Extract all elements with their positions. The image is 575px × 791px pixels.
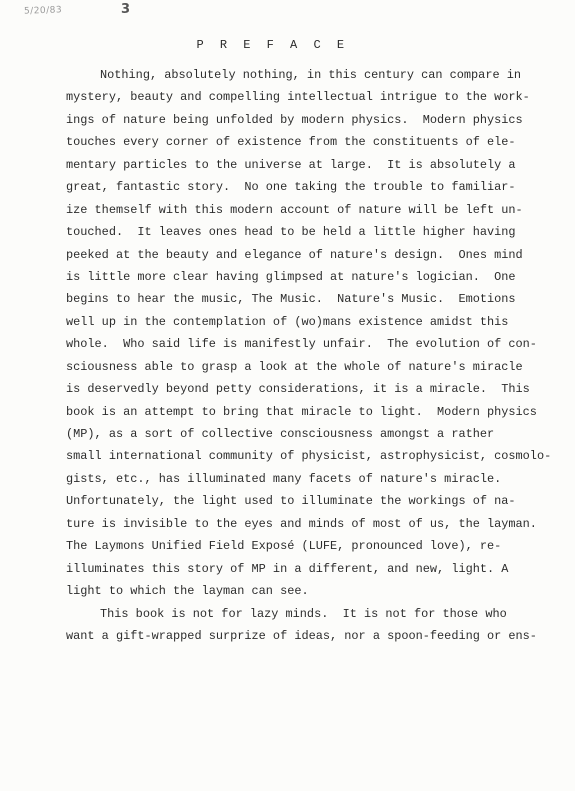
text-line: touched. It leaves ones head to be held … (66, 221, 566, 243)
text-line: Nothing, absolutely nothing, in this cen… (66, 64, 566, 86)
document-page: 5/20/83 3 P R E F A C E Nothing, absolut… (0, 0, 575, 791)
text-line: whole. Who said life is manifestly unfai… (66, 333, 566, 355)
page-number: 3 (121, 2, 130, 17)
text-line: great, fantastic story. No one taking th… (66, 176, 566, 198)
text-line: small international community of physici… (66, 445, 566, 467)
text-line: mentary particles to the universe at lar… (66, 154, 566, 176)
text-line: begins to hear the music, The Music. Nat… (66, 288, 566, 310)
text-line: mystery, beauty and compelling intellect… (66, 86, 566, 108)
text-line: book is an attempt to bring that miracle… (66, 401, 566, 423)
text-line: ize themself with this modern account of… (66, 199, 566, 221)
text-line: sciousness able to grasp a look at the w… (66, 356, 566, 378)
text-line: (MP), as a sort of collective consciousn… (66, 423, 566, 445)
text-line: light to which the layman can see. (66, 580, 566, 602)
text-line: ings of nature being unfolded by modern … (66, 109, 566, 131)
page-title: P R E F A C E (0, 38, 545, 52)
text-line: This book is not for lazy minds. It is n… (66, 603, 566, 625)
text-line: is deservedly beyond petty consideration… (66, 378, 566, 400)
handwritten-date-note: 5/20/83 (24, 5, 63, 16)
text-line: The Laymons Unified Field Exposé (LUFE, … (66, 535, 566, 557)
preface-body: Nothing, absolutely nothing, in this cen… (66, 64, 566, 647)
text-line: illuminates this story of MP in a differ… (66, 558, 566, 580)
text-line: touches every corner of existence from t… (66, 131, 566, 153)
text-line: Unfortunately, the light used to illumin… (66, 490, 566, 512)
text-line: peeked at the beauty and elegance of nat… (66, 244, 566, 266)
text-line: well up in the contemplation of (wo)mans… (66, 311, 566, 333)
text-line: gists, etc., has illuminated many facets… (66, 468, 566, 490)
text-line: is little more clear having glimpsed at … (66, 266, 566, 288)
text-line: want a gift-wrapped surprize of ideas, n… (66, 625, 566, 647)
text-line: ture is invisible to the eyes and minds … (66, 513, 566, 535)
